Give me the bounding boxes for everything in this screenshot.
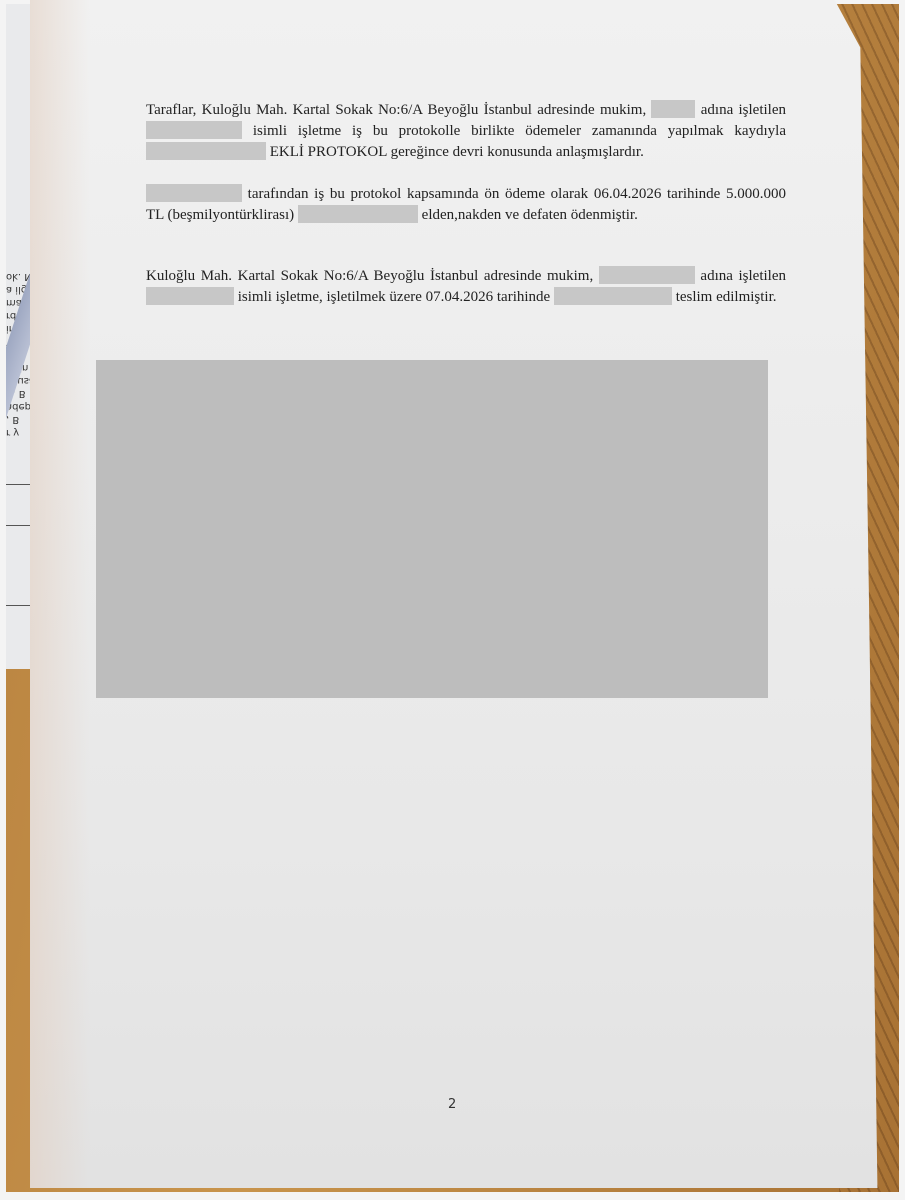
paragraph: tarafından iş bu protokol kapsamında ön … bbox=[146, 184, 786, 226]
paragraph: Kuloğlu Mah. Kartal Sokak No:6/A Beyoğlu… bbox=[146, 266, 786, 308]
page-number: 2 bbox=[448, 1097, 456, 1112]
page-shadow bbox=[30, 0, 90, 1188]
redaction-box bbox=[298, 205, 418, 223]
paragraph-text: Kuloğlu Mah. Kartal Sokak No:6/A Beyoğlu… bbox=[146, 268, 599, 284]
paragraph-text: elden,nakden ve defaten ödenmiştir. bbox=[418, 207, 638, 223]
redacted-block bbox=[96, 360, 768, 698]
paragraph-text: isimli işletme, işletilmek üzere 07.04.2… bbox=[234, 289, 554, 305]
paragraph-text: EKLİ PROTOKOL gereğince devri konusunda … bbox=[266, 144, 644, 160]
redaction-box bbox=[146, 121, 242, 139]
paragraph-text: teslim edilmiştir. bbox=[672, 289, 777, 305]
redaction-box bbox=[554, 287, 672, 305]
paragraph-text: adına işletilen bbox=[695, 268, 786, 284]
redaction-box bbox=[146, 287, 234, 305]
redaction-box bbox=[599, 266, 695, 284]
paragraph-text: adına işletilen bbox=[695, 102, 786, 118]
paragraph-text: isimli işletme iş bu protokolle birlikte… bbox=[242, 123, 786, 139]
redaction-box bbox=[651, 100, 695, 118]
redaction-box bbox=[146, 142, 266, 160]
paragraph: Taraflar, Kuloğlu Mah. Kartal Sokak No:6… bbox=[146, 100, 786, 163]
redaction-box bbox=[146, 184, 242, 202]
document-body: Taraflar, Kuloğlu Mah. Kartal Sokak No:6… bbox=[146, 100, 786, 329]
paragraph-text: Taraflar, Kuloğlu Mah. Kartal Sokak No:6… bbox=[146, 102, 651, 118]
